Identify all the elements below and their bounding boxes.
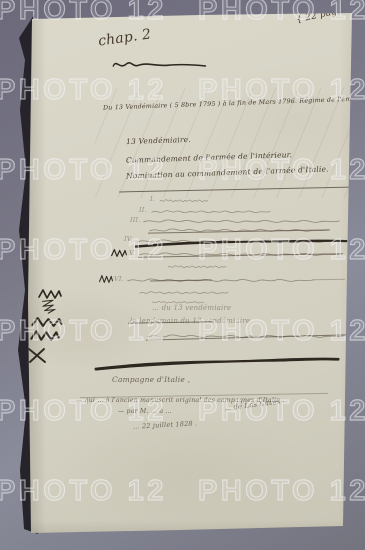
campaign-caption: Campagne d'Italie , — [112, 375, 190, 384]
manuscript-paper: { 22 pageschap. 2Du 13 Vendémiaire ( 5 8… — [0, 0, 365, 550]
margin-x-mark — [27, 347, 47, 364]
item-numeral: III. — [130, 216, 141, 224]
item-numeral: II. — [139, 206, 147, 214]
item-numeral: VI. — [114, 275, 124, 283]
margin-mark — [39, 297, 59, 316]
item-line — [138, 237, 343, 245]
item-numeral: V. — [129, 249, 135, 257]
item-strike — [150, 279, 212, 281]
item-line — [128, 276, 313, 284]
item-line — [150, 226, 328, 234]
date-note: … 22 juillet 1828 . — [133, 419, 198, 430]
margin-mark — [30, 329, 60, 342]
note-line-2: — par M. … à … — [118, 408, 172, 415]
item-strike — [148, 229, 330, 234]
deleted-line-heavy — [96, 353, 338, 372]
item-strike — [138, 253, 343, 258]
item-line — [140, 250, 340, 258]
margin-mark — [111, 248, 127, 258]
margin-mark — [31, 316, 63, 328]
margin-mark — [99, 274, 113, 284]
note-line-1: — qui … à l'ancien manuscrit original de… — [76, 397, 284, 404]
item-strike — [146, 334, 346, 341]
item-trailing-rule — [313, 279, 345, 281]
note-rule — [80, 393, 328, 398]
section-title: 13 Vendémiaire. — [126, 135, 191, 146]
item-text: le lendemain du 13 vendémiaire — [130, 317, 250, 325]
item-line — [160, 197, 208, 204]
item-numeral: I. — [150, 195, 155, 203]
item-numeral: IV. — [124, 235, 133, 243]
date-heading: Du 13 Vendémiaire ( 5 8bre 1795 ) à la f… — [103, 95, 365, 111]
item-line — [168, 263, 226, 270]
page-count-annotation: { 22 pages — [296, 5, 349, 26]
margin-mark — [38, 288, 62, 300]
section-line-commandement: Commandement de l'armée de l'intérieur. — [126, 150, 292, 165]
item-line — [152, 208, 270, 215]
chapter-flourish — [110, 56, 208, 72]
item-line — [148, 332, 343, 340]
item-line — [140, 289, 228, 296]
item-line — [152, 299, 204, 305]
item-strike — [128, 321, 213, 324]
item-text: … du 13 vendémiaire — [152, 304, 231, 312]
signature: … de Las Cases — [224, 398, 281, 413]
item-line — [144, 217, 339, 225]
section-line-nomination: Nomination au commandement de l'armée d'… — [126, 164, 329, 180]
chapter-heading: chap. 2 — [97, 26, 152, 49]
item-strike-heavy — [136, 236, 346, 249]
section-rule — [119, 187, 352, 193]
paper-scratches — [95, 88, 357, 198]
stock-photo-manuscript: { 22 pageschap. 2Du 13 Vendémiaire ( 5 8… — [0, 0, 365, 550]
